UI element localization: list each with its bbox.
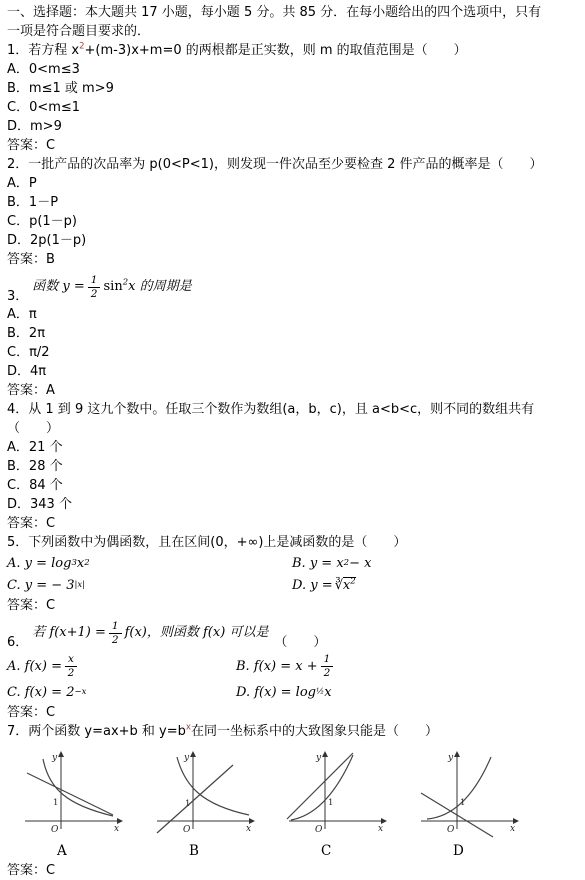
q3-option-b: B．2π (7, 324, 579, 343)
q6-b-frac-num: 1 (321, 653, 334, 666)
graph-b-plot: y x O 1 (153, 749, 258, 839)
q3-option-c: C．π/2 (7, 343, 579, 362)
q5-d-rad-exponent: 2 (350, 577, 355, 587)
graph-c-origin-label: O (315, 825, 323, 835)
q1-option-b: B．m≤1 或 m>9 (7, 79, 579, 98)
q2-option-d: D．2p(1－p) (7, 231, 579, 250)
q6-option-d: D. f(x) = log½ x (236, 685, 332, 700)
q7-graph-b-label: B (153, 843, 259, 859)
q6-formula: 若 f(x+1) =12f(x)，则函数 f(x) 可以是 (32, 620, 268, 645)
q4-option-d: D．343 个 (7, 495, 579, 514)
q7-graph-a: y x O 1 A (21, 749, 127, 859)
graph-d-y-label: y (447, 753, 454, 763)
q6-d-text: D. f(x) = log (236, 685, 316, 700)
q6-formula-lhs: 若 f(x+1) = (32, 626, 106, 641)
question-2-stem: 2．一批产品的次品率为 p(0<P<1)，则发现一件次品至少要检查 2 件产品的… (7, 155, 579, 174)
q6-option-c: C. f(x) = 2−x (7, 685, 236, 700)
graph-a-line (27, 773, 113, 815)
q5-c-text: C. y = − 3 (7, 578, 75, 593)
graph-c-y-label: y (315, 753, 322, 763)
graph-d-curve (427, 757, 491, 819)
q2-option-a: A．P (7, 174, 579, 193)
q7-stem-pre: 7．两个函数 y=ax+b 和 y=b (7, 724, 186, 739)
q6-a-fraction: x2 (65, 653, 77, 678)
q6-fraction-numerator: 1 (109, 620, 122, 633)
q1-option-d: D．m>9 (7, 117, 579, 136)
q3-sin: sin (103, 280, 122, 295)
question-5-stem: 5．下列函数中为偶函数，且在区间(0，+∞)上是减函数的是（ ） (7, 533, 579, 552)
graph-a-origin-label: O (51, 825, 59, 835)
graph-d-plot: y x O 1 (417, 749, 522, 839)
graph-d-origin-label: O (447, 825, 455, 835)
question-4-stem-line-1: 4．从 1 到 9 这九个数中。任取三个数作为数组(a，b，c)，且 a<b<c… (7, 400, 579, 419)
q3-option-d: D．4π (7, 362, 579, 381)
q5-options-row-2: C. y = − 3|x| D. y = ∛x2 (7, 574, 579, 596)
q5-a-text: A. y = log (7, 556, 71, 571)
cube-root-icon: ∛ (335, 578, 343, 593)
q7-graph-c-label: C (285, 843, 391, 859)
q4-option-c: C．84 个 (7, 476, 579, 495)
graph-c-x-label: x (378, 824, 383, 834)
q3-fraction-denominator: 2 (91, 288, 98, 300)
q5-b-text: B. y = x (292, 556, 344, 571)
intro-line-1: 一、选择题：本大题共 17 小题，每小题 5 分。共 85 分．在每小题给出的四… (7, 3, 579, 22)
q5-b-tail: − x (349, 556, 371, 571)
q5-option-c: C. y = − 3|x| (7, 578, 292, 593)
q6-paren: （ ） (274, 635, 326, 651)
q4-answer: 答案：C (7, 514, 579, 533)
graph-d-x-label: x (510, 824, 515, 834)
q5-option-b: B. y = x2 − x (292, 556, 371, 571)
q6-a-frac-num: x (65, 653, 77, 666)
q6-c-text: C. f(x) = 2 (7, 685, 74, 700)
q7-stem-post: 在同一坐标系中的大致图象只能是（ ） (191, 724, 438, 739)
q6-options-row-1: A. f(x) =x2 B. f(x) = x +12 (7, 651, 579, 681)
graph-b-y-label: y (183, 753, 190, 763)
q6-a-text: A. f(x) = (7, 659, 62, 674)
q7-graph-d-label: D (417, 843, 523, 859)
q1-stem-post: +(m-3)x+m=0 的两根都是正实数，则 m 的取值范围是（ ） (85, 43, 467, 58)
q6-a-frac-den: 2 (68, 667, 75, 679)
q7-graph-a-label: A (21, 843, 127, 859)
q3-formula-tail: x 的周期是 (128, 280, 191, 295)
graph-b-tick-1: 1 (185, 799, 190, 809)
q6-fraction-denominator: 2 (112, 634, 119, 646)
intro-line-2: 一项是符合题目要求的． (7, 22, 579, 41)
graph-b-x-label: x (246, 824, 251, 834)
q6-b-fraction: 12 (321, 653, 334, 678)
graph-c-plot: y x O 1 (285, 749, 390, 839)
q5-option-d: D. y = ∛x2 (292, 577, 356, 593)
q2-option-b: B．1－P (7, 193, 579, 212)
q2-option-c: C．p(1－p) (7, 212, 579, 231)
q5-d-text: D. y = (292, 578, 333, 593)
q2-answer: 答案：B (7, 250, 579, 269)
q3-fraction: 12 (88, 274, 101, 299)
q6-b-frac-den: 2 (324, 667, 331, 679)
question-3-stem: 3． 函数 y =12sin2x 的周期是 (7, 269, 579, 305)
q6-answer: 答案：C (7, 703, 579, 722)
q3-fraction-numerator: 1 (88, 274, 101, 287)
q6-fraction: 12 (109, 620, 122, 645)
graph-a-tick-1: 1 (53, 798, 58, 808)
q5-d-radicand: x2 (343, 577, 356, 593)
q7-graph-c: y x O 1 C (285, 749, 391, 859)
graph-a-x-label: x (114, 824, 119, 834)
graph-c-curve (291, 755, 353, 820)
q1-option-a: A．0<m≤3 (7, 60, 579, 79)
q6-d-var: x (324, 685, 331, 700)
q6-option-b: B. f(x) = x +12 (236, 653, 336, 678)
graph-b-line (157, 765, 233, 833)
q3-answer: 答案：A (7, 381, 579, 400)
exam-page: 一、选择题：本大题共 17 小题，每小题 5 分。共 85 分．在每小题给出的四… (0, 0, 585, 880)
q7-graph-d: y x O 1 D (417, 749, 523, 859)
q4-option-b: B．28 个 (7, 457, 579, 476)
q3-formula-lhs: 函数 y = (32, 280, 85, 295)
q5-options-row-1: A. y = log3x2 B. y = x2 − x (7, 552, 579, 574)
graph-d-tick-1: 1 (460, 798, 465, 808)
q6-option-a: A. f(x) =x2 (7, 653, 236, 678)
q5-option-a: A. y = log3x2 (7, 556, 292, 571)
q7-graphs: y x O 1 A y x O 1 B (21, 749, 579, 859)
q1-option-c: C．0<m≤1 (7, 98, 579, 117)
q7-graph-b: y x O 1 B (153, 749, 259, 859)
question-4-stem-line-2: （ ） (7, 419, 579, 438)
graph-b-origin-label: O (183, 825, 191, 835)
q1-answer: 答案：C (7, 136, 579, 155)
q6-formula-tail: f(x)，则函数 f(x) 可以是 (125, 626, 269, 641)
q1-stem-pre: 1．若方程 x (7, 43, 79, 58)
q6-b-text: B. f(x) = x + (236, 659, 318, 674)
q3-number: 3． (7, 289, 28, 305)
q6-options-row-2: C. f(x) = 2−x D. f(x) = log½ x (7, 681, 579, 703)
q4-option-a: A．21 个 (7, 438, 579, 457)
q6-number: 6． (7, 635, 28, 651)
question-1-stem: 1．若方程 x2+(m-3)x+m=0 的两根都是正实数，则 m 的取值范围是（… (7, 41, 579, 60)
question-6-stem: 6． 若 f(x+1) =12f(x)，则函数 f(x) 可以是 （ ） (7, 615, 579, 651)
q3-formula: 函数 y =12sin2x 的周期是 (32, 274, 191, 299)
q5-answer: 答案：C (7, 596, 579, 615)
q7-answer: 答案：C (7, 861, 579, 880)
graph-c-tick-1: 1 (328, 798, 333, 808)
q3-option-a: A．π (7, 305, 579, 324)
graph-a-y-label: y (51, 753, 58, 763)
graph-a-plot: y x O 1 (21, 749, 126, 839)
question-7-stem: 7．两个函数 y=ax+b 和 y=bx在同一坐标系中的大致图象只能是（ ） (7, 722, 579, 741)
